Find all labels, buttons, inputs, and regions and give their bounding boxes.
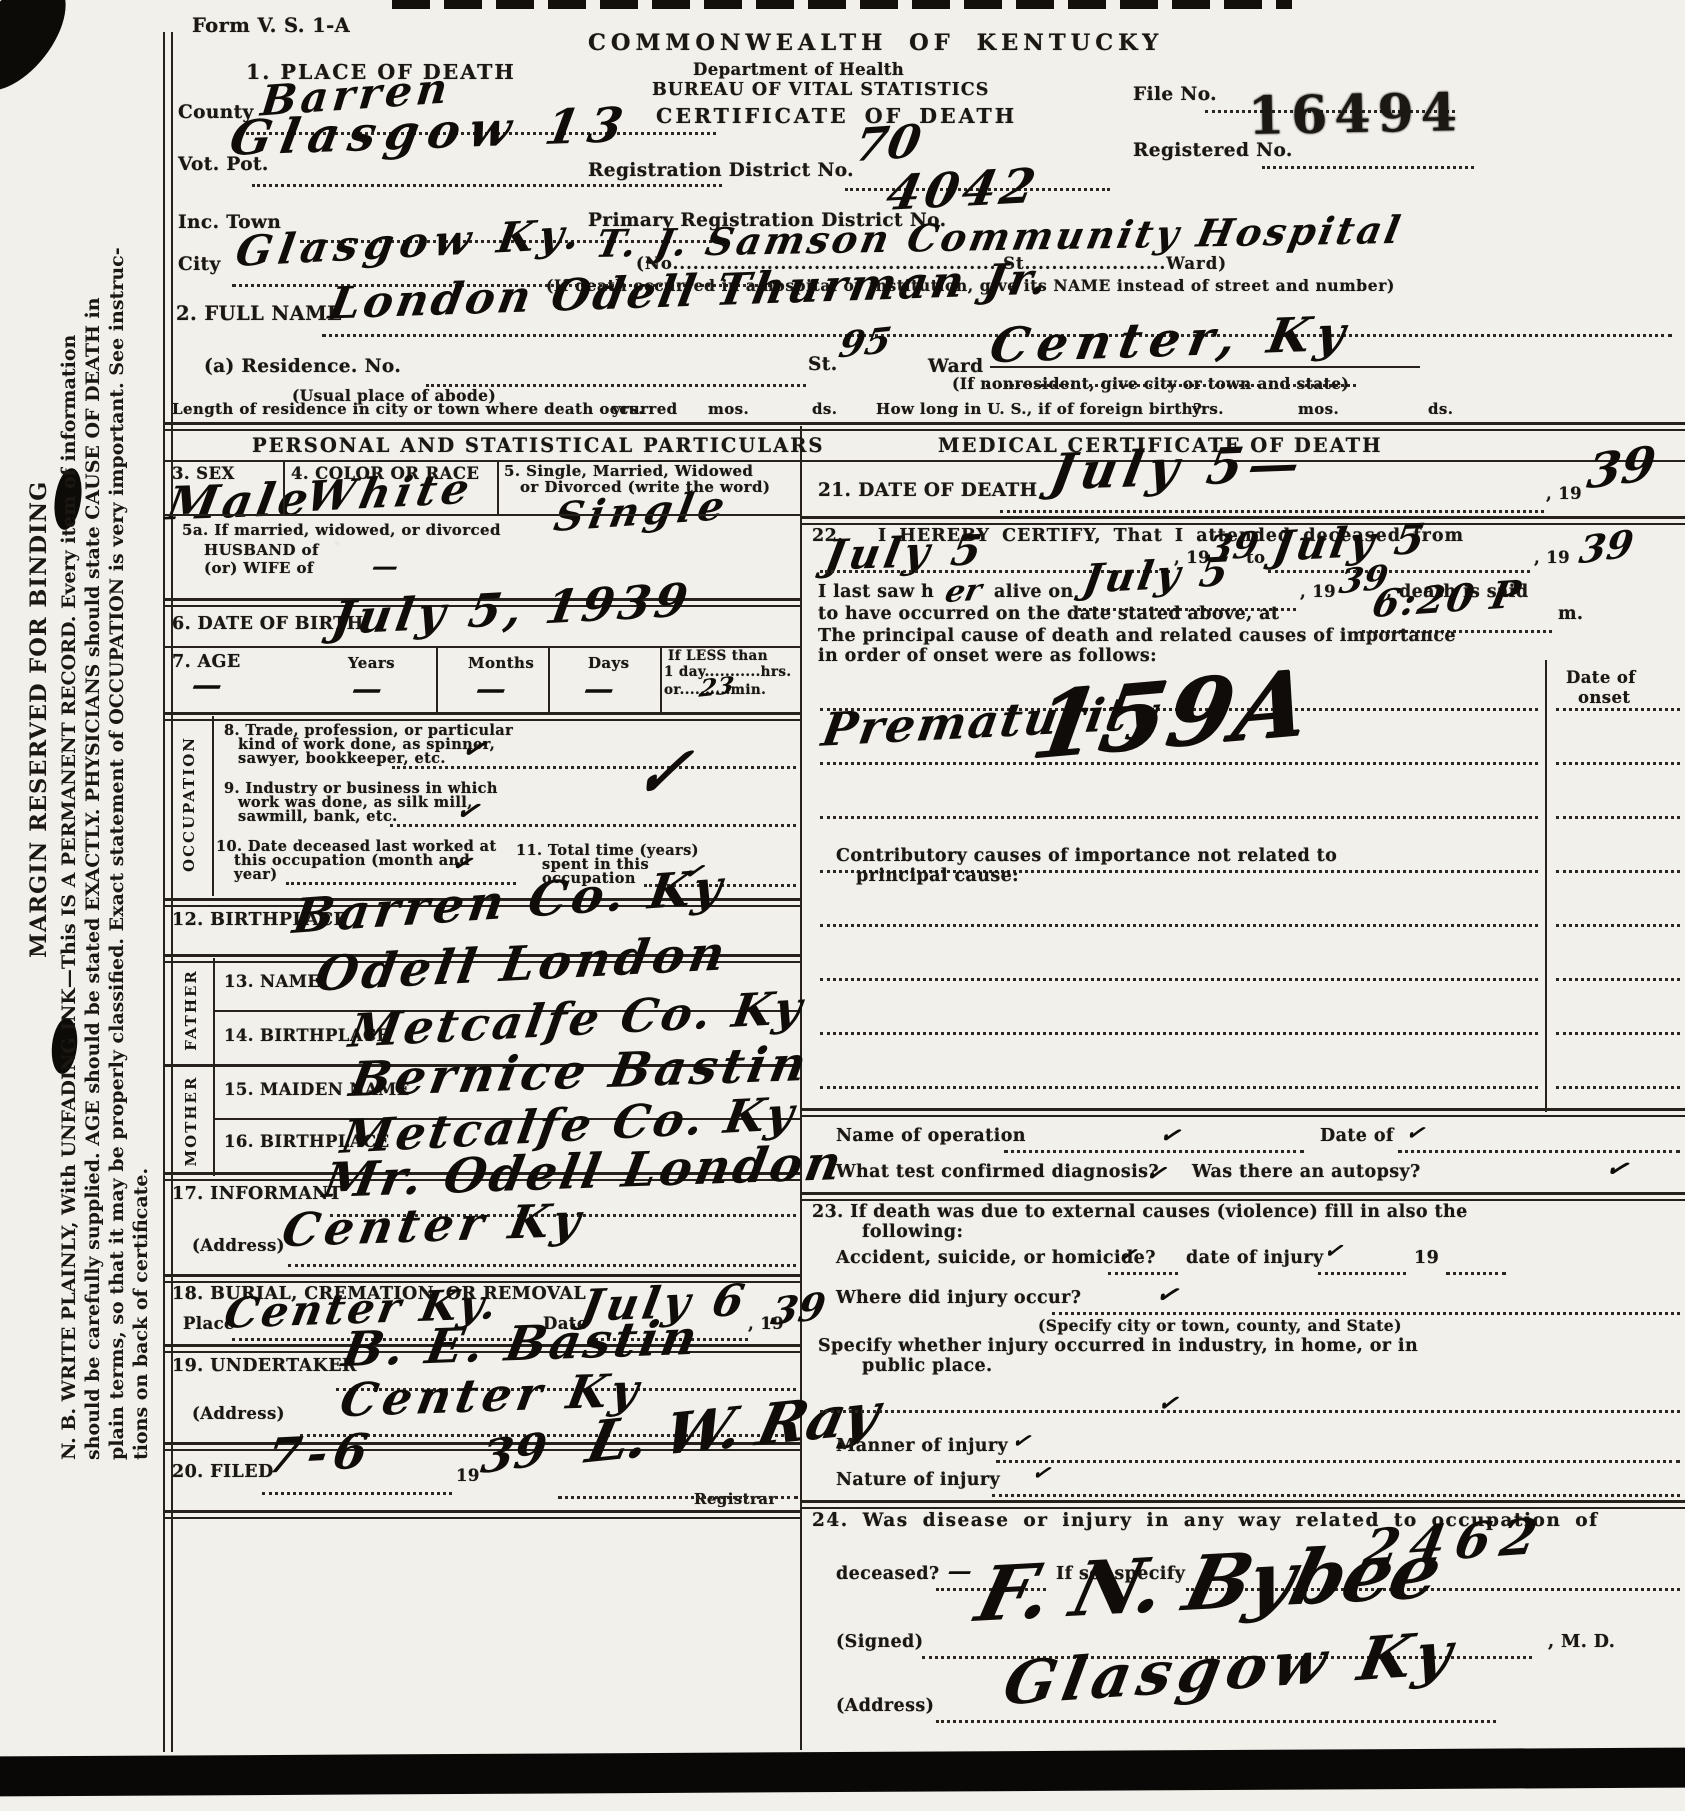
form-border xyxy=(163,32,165,1752)
primary-registration-value: 4042 xyxy=(882,158,1044,222)
date-of-onset-header: onset xyxy=(1578,688,1630,707)
external-causes-label: 23. If death was due to external causes … xyxy=(812,1202,1468,1222)
dotted-line xyxy=(390,824,796,827)
registration-district-value: 70 xyxy=(851,114,926,172)
checkmark: ✓ xyxy=(1030,1459,1053,1488)
large-checkmark: ✓ xyxy=(628,733,697,815)
dod-year-value: 39 xyxy=(1584,436,1658,501)
physician-signature: F. N. Bybee xyxy=(968,1526,1448,1639)
checkmark: ✓ xyxy=(1144,1156,1169,1188)
physician-address-label: (Address) xyxy=(836,1696,934,1716)
stray-mark: — xyxy=(945,1556,974,1585)
cause-line xyxy=(820,978,1538,981)
trade-label: sawyer, bookkeeper, etc. xyxy=(238,750,446,767)
mother-vertical-label: MOTHER xyxy=(182,1068,200,1174)
checkmark: ✓ xyxy=(1156,1387,1180,1419)
scan-edge-bottom xyxy=(0,1748,1685,1797)
dotted-line xyxy=(1318,1272,1406,1275)
checkmark: ✓ xyxy=(1404,1119,1427,1148)
filed-label: 20. FILED xyxy=(172,1462,274,1482)
dotted-line xyxy=(1108,1272,1178,1275)
cause-line xyxy=(1556,870,1680,873)
department-subtitle: Department of Health xyxy=(693,60,904,79)
specify-injury-label: Specify whether injury occurred in indus… xyxy=(818,1336,1418,1356)
signed-label: (Signed) xyxy=(836,1632,923,1652)
burial-year-value: 39 xyxy=(768,1283,828,1333)
accident-label: Accident, suicide, or homicide? xyxy=(836,1248,1156,1268)
dod-year-prefix: , 19 xyxy=(1546,484,1582,503)
last-saw-date: July 5 xyxy=(1080,548,1235,603)
onset-box-divider xyxy=(1545,660,1547,1112)
registration-district-label: Registration District No. xyxy=(588,160,854,181)
registered-no-label: Registered No. xyxy=(1133,140,1293,161)
rule-line xyxy=(990,366,1420,368)
q24-deceased-label: deceased? xyxy=(836,1564,940,1584)
operation-label: Name of operation xyxy=(836,1126,1026,1146)
section-divider xyxy=(800,1192,1685,1201)
city-value: Glasgow Ky. xyxy=(232,209,589,276)
age-min-value: 23 xyxy=(698,670,736,702)
last-saw-text: I last saw h xyxy=(818,582,934,602)
occupation-vertical-label: OCCUPATION xyxy=(180,716,198,892)
informant-address-label: (Address) xyxy=(192,1236,285,1255)
cause-line xyxy=(820,1086,1538,1089)
contributory-label: principal cause: xyxy=(856,866,1019,886)
industry-label: sawmill, bank, etc. xyxy=(238,808,398,825)
length-residence-label: Length of residence in city or town wher… xyxy=(172,400,678,418)
cause-line xyxy=(1556,924,1680,927)
nature-of-injury-label: Nature of injury xyxy=(836,1470,1000,1490)
cause-line xyxy=(820,924,1538,927)
cell-divider xyxy=(436,646,438,712)
yrs-label: yrs. xyxy=(1192,400,1224,418)
bureau-subtitle: BUREAU OF VITAL STATISTICS xyxy=(652,80,989,100)
dotted-line xyxy=(252,184,722,187)
full-name-label: 2. FULL NAME xyxy=(176,302,342,325)
dotted-line xyxy=(1004,1150,1304,1153)
street-value: 95 xyxy=(836,319,895,366)
dotted-line xyxy=(288,1264,796,1267)
date-of-onset-header: Date of xyxy=(1566,668,1636,687)
date-of-injury-label: date of injury xyxy=(1186,1248,1324,1268)
mos-label: mos. xyxy=(1298,400,1339,418)
stray-mark: — xyxy=(369,552,400,582)
mos-label: mos. xyxy=(708,400,749,418)
certify-year2-value: 39 xyxy=(1577,521,1636,573)
husband-wife-label: 5a. If married, widowed, or divorced xyxy=(182,521,501,539)
ds-label: ds. xyxy=(1428,400,1453,418)
where-injury-label: Where did injury occur? xyxy=(836,1288,1081,1308)
personal-section-title: PERSONAL AND STATISTICAL PARTICULARS xyxy=(252,434,825,457)
age-days-header: Days xyxy=(588,654,630,672)
certify-year2-prefix: , 19 xyxy=(1534,548,1570,567)
age-days-value: — xyxy=(581,672,617,707)
dotted-line xyxy=(1262,166,1474,169)
cell-divider xyxy=(283,460,285,514)
wife-of-label: (or) WIFE of xyxy=(204,559,314,577)
age-years-header: Years xyxy=(348,654,395,672)
father-vertical-label: FATHER xyxy=(182,958,200,1062)
dotted-line xyxy=(1398,1150,1680,1153)
dotted-line xyxy=(936,1720,1496,1723)
registrar-label: Registrar xyxy=(694,1490,777,1508)
age-years-value: — xyxy=(349,672,385,707)
principal-cause-text: in order of onset were as follows: xyxy=(818,646,1157,666)
cause-line xyxy=(1556,816,1680,819)
occurred-text: m. xyxy=(1558,604,1583,624)
dotted-line xyxy=(992,1494,1680,1497)
checkmark: ✓ xyxy=(1603,1152,1631,1186)
section-divider xyxy=(165,1510,800,1519)
margin-note-line: plain terms, so that it may be properly … xyxy=(105,90,129,1460)
cause-line xyxy=(1556,978,1680,981)
dotted-line xyxy=(262,1492,452,1495)
yrs-label: yrs. xyxy=(612,400,644,418)
cell-divider xyxy=(497,460,499,514)
injury-year-prefix: 19 xyxy=(1414,1248,1439,1268)
cell-divider xyxy=(548,646,550,712)
nonresident-note: (If nonresident, give city or town and s… xyxy=(952,374,1349,393)
margin-note: N. B. WRITE PLAINLY, With UNFADING INK—T… xyxy=(57,90,153,1460)
scan-edge-top-dashes xyxy=(392,0,1292,9)
checkmark: ✓ xyxy=(1153,1278,1181,1312)
cell-divider xyxy=(212,716,214,896)
filed-year-prefix: 19 xyxy=(456,1466,480,1485)
rule-line xyxy=(165,514,800,516)
city-label: City xyxy=(178,254,221,275)
undertaker-label: 19. UNDERTAKER xyxy=(172,1356,357,1376)
dotted-line xyxy=(820,1410,1680,1413)
form-border xyxy=(171,32,173,1752)
date-of-birth-value: July 5, 1939 xyxy=(328,573,696,646)
checkmark: ✓ xyxy=(1010,1427,1033,1456)
last-saw-text: alive on xyxy=(994,582,1074,602)
filed-year-value: 39 xyxy=(478,1422,549,1484)
checkmark: ✓ xyxy=(459,730,489,767)
cell-divider xyxy=(213,958,215,1066)
commonwealth-title: COMMONWEALTH OF KENTUCKY xyxy=(588,30,1163,56)
last-worked-label: year) xyxy=(234,866,278,883)
margin-note-line: N. B. WRITE PLAINLY, With UNFADING INK—T… xyxy=(57,90,81,1460)
operation-date-label: Date of xyxy=(1320,1126,1394,1146)
age-dash: — xyxy=(189,668,225,703)
cause-line xyxy=(1556,708,1680,711)
time-of-death-value: 6:20 P xyxy=(1369,571,1526,626)
cause-code-value: 159A xyxy=(1025,648,1319,779)
cause-line xyxy=(1556,1086,1680,1089)
filed-date-value: 7-6 xyxy=(263,1423,378,1484)
margin-note-line: tions on back of certificate. xyxy=(129,90,153,1460)
cause-line xyxy=(1556,762,1680,765)
father-name-label: 13. NAME xyxy=(224,972,320,991)
informant-label: 17. INFORMANT xyxy=(172,1184,342,1204)
cell-divider xyxy=(660,646,662,712)
section-divider xyxy=(800,1500,1685,1509)
external-causes-label: following: xyxy=(862,1222,963,1242)
file-no-label: File No. xyxy=(1133,84,1217,105)
dotted-line xyxy=(392,766,796,769)
certificate-title: CERTIFICATE OF DEATH xyxy=(656,104,1017,128)
dotted-line xyxy=(996,1460,1680,1463)
file-no-stamp: 16494 xyxy=(1247,82,1464,147)
date-of-death-label: 21. DATE OF DEATH xyxy=(818,480,1038,501)
street-label: St. xyxy=(808,354,838,375)
contributory-label: Contributory causes of importance not re… xyxy=(836,846,1337,866)
principal-cause-text: The principal cause of death and related… xyxy=(818,626,1456,646)
cell-divider xyxy=(213,1066,215,1176)
cause-line xyxy=(820,816,1538,819)
informant-address-value: Center Ky xyxy=(278,1193,589,1257)
manner-of-injury-label: Manner of injury xyxy=(836,1436,1008,1456)
dotted-line xyxy=(558,1496,798,1499)
certify-to-label: to xyxy=(1246,548,1265,567)
checkmark: ✓ xyxy=(1157,1118,1183,1151)
margin-note-line: should be carefully supplied. AGE should… xyxy=(81,90,105,1460)
age-months-value: — xyxy=(473,672,509,707)
occurred-text: to have occurred on the date stated abov… xyxy=(818,604,1279,624)
autopsy-label: Was there an autopsy? xyxy=(1192,1162,1421,1182)
dotted-line xyxy=(1000,510,1544,513)
date-of-death-value: July 5— xyxy=(1046,434,1310,502)
how-long-us-label: How long in U. S., if of foreign birth? xyxy=(876,400,1202,418)
section-divider xyxy=(165,422,1685,431)
section-divider xyxy=(800,1108,1685,1117)
dotted-line xyxy=(1052,1312,1680,1315)
dotted-line xyxy=(1446,1272,1506,1275)
death-certificate-scan: MARGIN RESERVED FOR BINDING N. B. WRITE … xyxy=(0,0,1685,1811)
form-number: Form V. S. 1-A xyxy=(192,14,350,37)
age-less-label: If LESS than xyxy=(668,648,768,664)
ward-value: Center, Ky xyxy=(986,306,1357,374)
md-label: , M. D. xyxy=(1548,1632,1615,1652)
last-saw-year-prefix: , 19 xyxy=(1300,582,1336,601)
section-divider xyxy=(800,516,1685,525)
cause-line xyxy=(820,1032,1538,1035)
specify-injury-label: public place. xyxy=(862,1356,993,1376)
husband-of-label: HUSBAND of xyxy=(204,541,319,559)
section-divider xyxy=(165,712,800,721)
checkmark: ✓ xyxy=(1322,1237,1344,1265)
margin-binding-text: MARGIN RESERVED FOR BINDING xyxy=(26,526,52,958)
age-months-header: Months xyxy=(468,654,534,672)
test-label: What test confirmed diagnosis? xyxy=(836,1162,1159,1182)
cause-line xyxy=(1556,1032,1680,1035)
physician-address-value: Glasgow Ky xyxy=(998,1619,1463,1720)
race-value: White xyxy=(302,464,478,522)
ds-label: ds. xyxy=(812,400,837,418)
undertaker-address-label: (Address) xyxy=(192,1404,285,1423)
where-injury-note: (Specify city or town, county, and State… xyxy=(1038,1316,1402,1335)
residence-label: (a) Residence. No. xyxy=(204,356,401,377)
